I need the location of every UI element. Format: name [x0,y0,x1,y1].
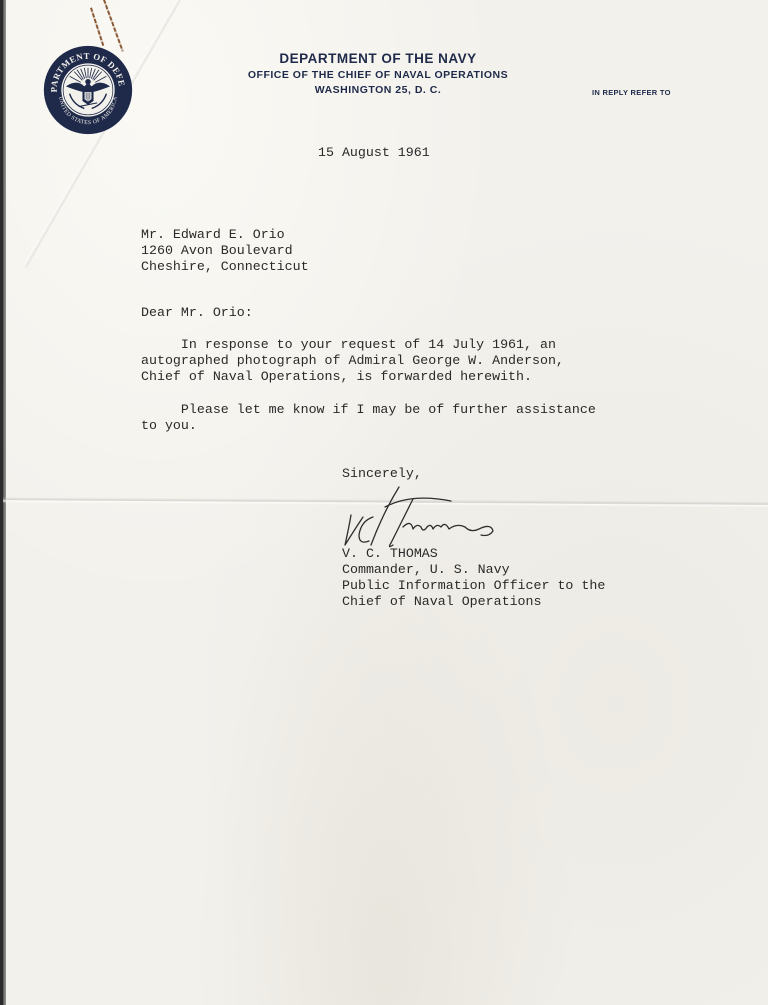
body-paragraph-2: Please let me know if I may be of furthe… [141,402,596,434]
salutation: Dear Mr. Orio: [141,305,253,321]
signer-name: V. C. THOMAS [342,546,605,562]
paragraph-line: In response to your request of 14 July 1… [141,337,564,353]
recipient-city: Cheshire, Connecticut [141,259,309,275]
reply-refer-label: IN REPLY REFER TO [592,88,712,97]
letter-date: 15 August 1961 [318,145,430,161]
recipient-name: Mr. Edward E. Orio [141,227,309,243]
paragraph-line: Chief of Naval Operations, is forwarded … [141,369,564,385]
letter-page: DEPARTMENT OF DEFENSE UNITED STATES OF A… [3,0,768,1005]
signer-title-line-2: Chief of Naval Operations [342,594,605,610]
signer-rank: Commander, U. S. Navy [342,562,605,578]
paragraph-line: autographed photograph of Admiral George… [141,353,564,369]
paragraph-line: to you. [141,418,596,434]
closing: Sincerely, [342,466,422,482]
department-of-defense-seal-icon: DEPARTMENT OF DEFENSE UNITED STATES OF A… [42,44,134,136]
recipient-street: 1260 Avon Boulevard [141,243,309,259]
staple-rust-mark [90,7,104,46]
paragraph-line: Please let me know if I may be of furthe… [141,402,596,418]
letterhead-address: WASHINGTON 25, D. C. [223,84,533,96]
body-paragraph-1: In response to your request of 14 July 1… [141,337,564,385]
letterhead-office: OFFICE OF THE CHIEF OF NAVAL OPERATIONS [223,69,533,81]
signer-title-line-1: Public Information Officer to the [342,578,605,594]
letterhead-department: DEPARTMENT OF THE NAVY [223,51,533,66]
signer-block: V. C. THOMASCommander, U. S. NavyPublic … [342,546,605,610]
recipient-address: Mr. Edward E. Orio1260 Avon BoulevardChe… [141,227,309,275]
handwritten-signature-icon [341,483,511,553]
